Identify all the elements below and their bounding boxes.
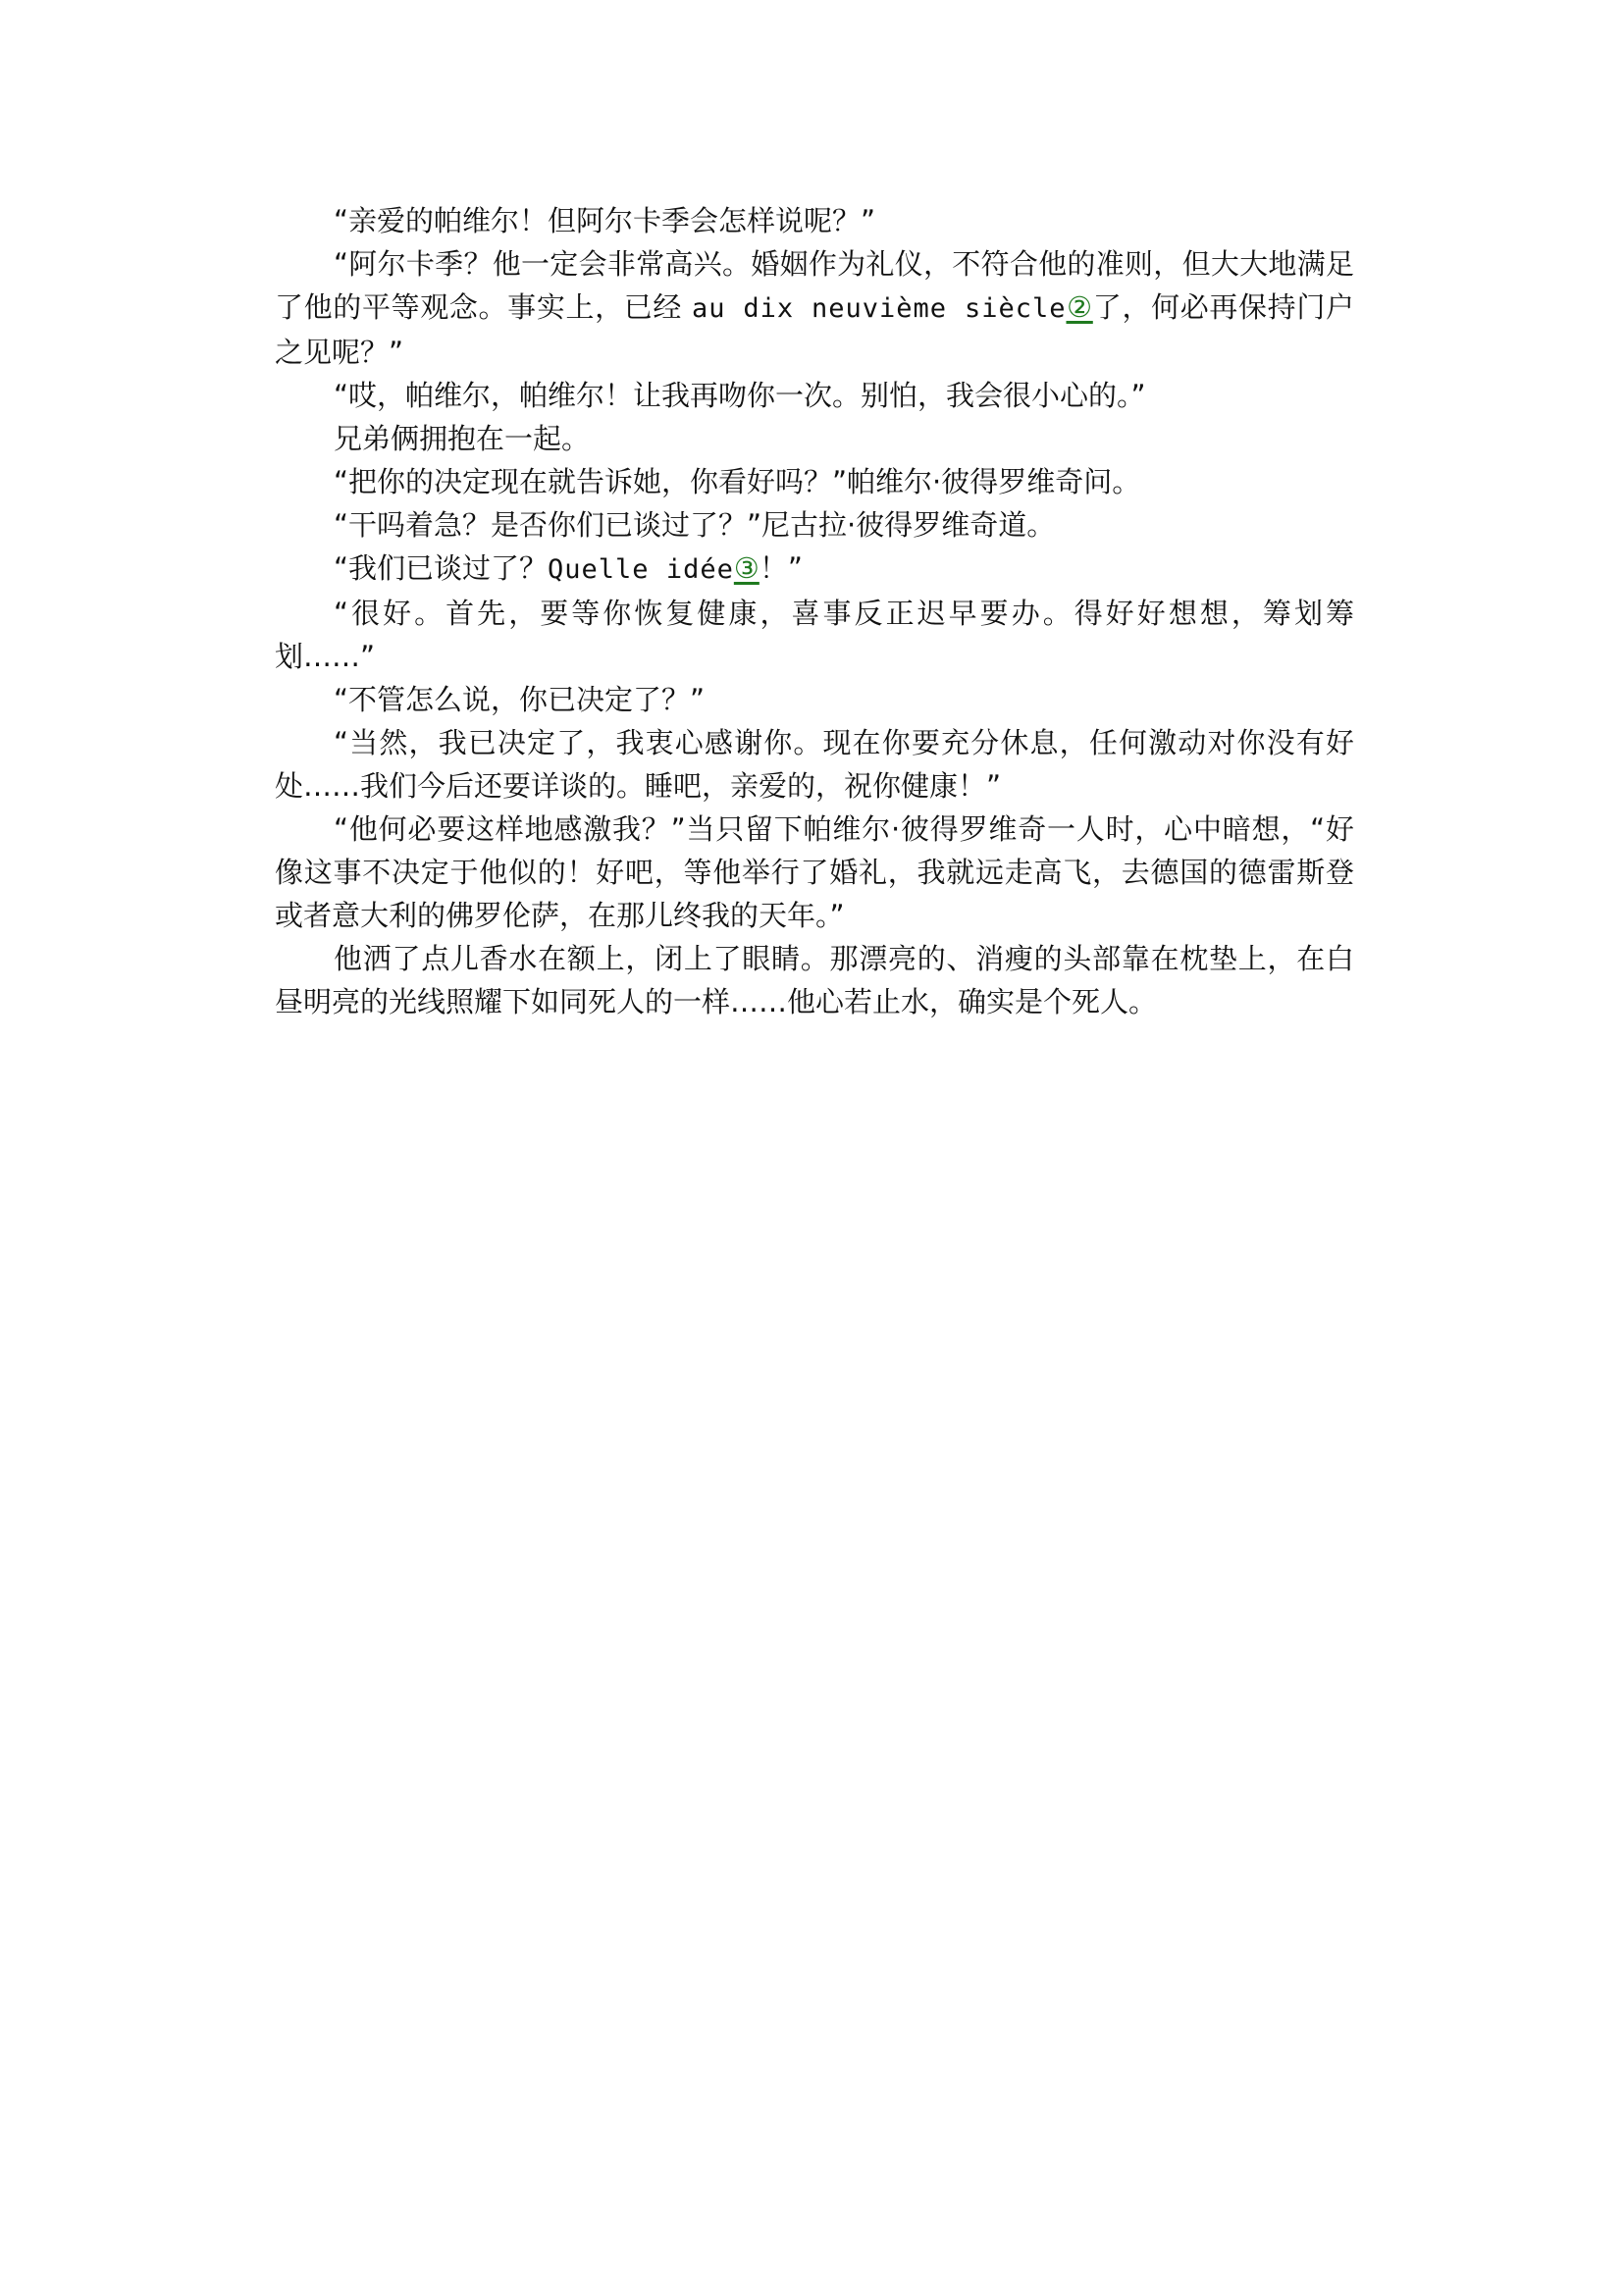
paragraph-2: “阿尔卡季？他一定会非常高兴。婚姻作为礼仪，不符合他的准则，但大大地满足了他的平… (275, 242, 1354, 374)
paragraph-11: “他何必要这样地感激我？”当只留下帕维尔·彼得罗维奇一人时，心中暗想，“好像这事… (275, 808, 1354, 937)
paragraph-9: “不管怎么说，你已决定了？” (275, 678, 1354, 721)
paragraph-4: 兄弟俩拥抱在一起。 (275, 417, 1354, 460)
paragraph-text: “他何必要这样地感激我？”当只留下帕维尔·彼得罗维奇一人时，心中暗想，“好像这事… (275, 812, 1354, 932)
paragraph-text: 兄弟俩拥抱在一起。 (334, 422, 590, 455)
paragraph-5: “把你的决定现在就告诉她，你看好吗？”帕维尔·彼得罗维奇问。 (275, 460, 1354, 503)
paragraph-text: “干吗着急？是否你们已谈过了？”尼古拉·彼得罗维奇道。 (334, 508, 1055, 542)
paragraph-3: “哎，帕维尔，帕维尔！让我再吻你一次。别怕，我会很小心的。” (275, 374, 1354, 417)
footnote-marker-2[interactable]: ② (1067, 290, 1093, 324)
paragraph-text: “哎，帕维尔，帕维尔！让我再吻你一次。别怕，我会很小心的。” (334, 379, 1146, 412)
footnote-marker-3[interactable]: ③ (734, 551, 760, 585)
paragraph-text: “我们已谈过了？ (334, 551, 548, 585)
paragraph-text: “把你的决定现在就告诉她，你看好吗？”帕维尔·彼得罗维奇问。 (334, 465, 1140, 498)
french-phrase: au dix neuvième siècle (692, 293, 1067, 324)
paragraph-text: “不管怎么说，你已决定了？” (334, 683, 705, 716)
french-phrase: Quelle idée (548, 554, 734, 585)
paragraph-text: ！” (760, 551, 803, 585)
paragraph-text: “很好。首先，要等你恢复健康，喜事反正迟早要办。得好好想想，筹划筹划……” (275, 597, 1354, 673)
paragraph-text: 他洒了点儿香水在额上，闭上了眼睛。那漂亮的、消瘦的头部靠在枕垫上，在白昼明亮的光… (275, 942, 1354, 1018)
paragraph-1: “亲爱的帕维尔！但阿尔卡季会怎样说呢？” (275, 199, 1354, 242)
paragraph-12: 他洒了点儿香水在额上，闭上了眼睛。那漂亮的、消瘦的头部靠在枕垫上，在白昼明亮的光… (275, 937, 1354, 1023)
paragraph-text: “亲爱的帕维尔！但阿尔卡季会怎样说呢？” (334, 204, 875, 237)
paragraph-text: “当然，我已决定了，我衷心感谢你。现在你要充分休息，任何激动对你没有好处……我们… (275, 726, 1354, 803)
paragraph-7: “我们已谈过了？Quelle idée③！” (275, 547, 1354, 592)
paragraph-6: “干吗着急？是否你们已谈过了？”尼古拉·彼得罗维奇道。 (275, 503, 1354, 547)
paragraph-8: “很好。首先，要等你恢复健康，喜事反正迟早要办。得好好想想，筹划筹划……” (275, 592, 1354, 678)
document-page: “亲爱的帕维尔！但阿尔卡季会怎样说呢？” “阿尔卡季？他一定会非常高兴。婚姻作为… (275, 199, 1354, 1023)
paragraph-10: “当然，我已决定了，我衷心感谢你。现在你要充分休息，任何激动对你没有好处……我们… (275, 721, 1354, 808)
